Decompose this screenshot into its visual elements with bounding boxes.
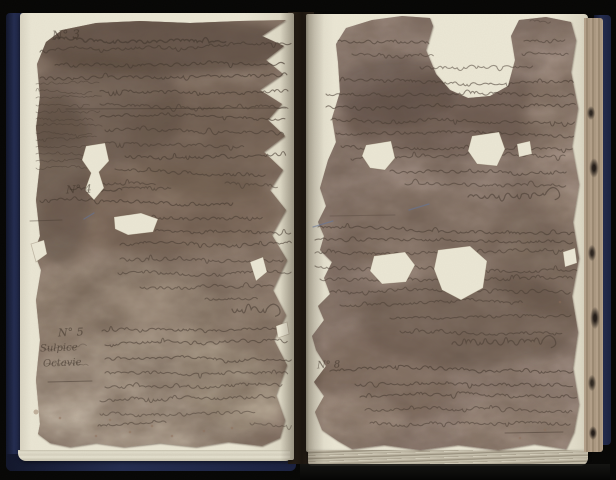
margin-note-octavie: Octavie [43, 357, 82, 369]
manuscript-artwork [0, 0, 616, 480]
entry-number-3: N° 3 [52, 27, 81, 42]
bottom-shadow [300, 464, 610, 480]
margin-note-sulpice: Sulpice [40, 342, 78, 354]
entry-number-4: N° 4 [66, 183, 92, 197]
photo-grain-overlay [6, 12, 606, 468]
book: N° 3 N° 4 N° 5 Sulpice Octavie N° 8 [0, 0, 616, 480]
photo-stage: N° 3 N° 4 N° 5 Sulpice Octavie N° 8 [0, 0, 616, 480]
entry-number-8: N° 8 [317, 360, 341, 372]
entry-number-5: N° 5 [58, 326, 84, 340]
